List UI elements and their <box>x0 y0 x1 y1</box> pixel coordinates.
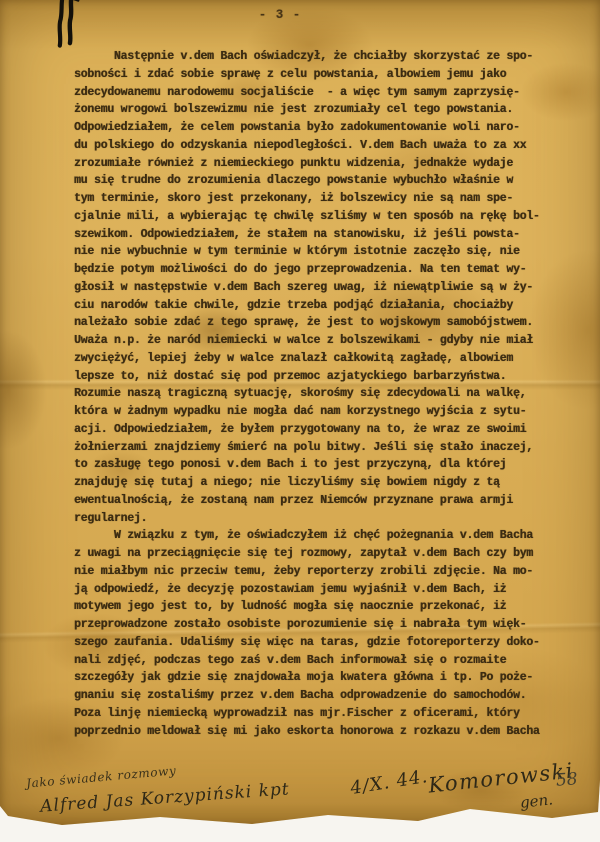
typed-line: motywem jego jest to, by ludność mogła s… <box>74 598 574 616</box>
typed-line: Następnie v.dem Bach oświadczył, że chci… <box>74 48 574 66</box>
typed-line: żonemu wrogowi bolszewizmu nie jest zroz… <box>74 101 574 119</box>
typed-line: Poza linję niemiecką wyprowadził nas mjr… <box>74 705 574 723</box>
typed-line: du polskiego do odzyskania niepodległośc… <box>74 137 574 155</box>
typed-line: cjalnie mili, a wybierając tę chwilę szl… <box>74 208 574 226</box>
typed-text-block: Następnie v.dem Bach oświadczył, że chci… <box>74 48 574 740</box>
typed-line: ewentualnością, że zostaną nam przez Nie… <box>74 492 574 510</box>
document-scan: - 3 - Następnie v.dem Bach oświadczył, ż… <box>0 0 600 842</box>
typed-line: regularnej. <box>74 510 574 528</box>
typed-line: zrozumiałe również z niemieckiego punktu… <box>74 155 574 173</box>
typed-line: nie nie wybuchnie w tym terminie w który… <box>74 243 574 261</box>
typed-line: mu się trudne do zrozumienia dlaczego po… <box>74 172 574 190</box>
typed-line: znajduję się tutaj a niego; nie liczyliś… <box>74 474 574 492</box>
typed-line: należało sobie zdać z tego sprawę, że je… <box>74 314 574 332</box>
typed-line: tym terminie, skoro jest przekonany, iż … <box>74 190 574 208</box>
typed-line: nali zdjęć, podczas tego zaś v.dem Bach … <box>74 652 574 670</box>
page-number: - 3 - <box>230 6 330 24</box>
typed-line: Rozumie naszą tragiczną sytuację, skoroś… <box>74 385 574 403</box>
handwritten-signature-rank: gen. <box>519 790 554 811</box>
typed-line: poprzednio meldował się mi jako eskorta … <box>74 723 574 741</box>
corner-ink-mark <box>54 0 83 51</box>
typed-line: Odpowiedziałem, że celem powstania było … <box>74 119 574 137</box>
typed-line: Uważa n.p. że naród niemiecki w walce z … <box>74 332 574 350</box>
typed-line: która w żadnym wypadku nie mogła dać nam… <box>74 403 574 421</box>
typed-line: żołnierzami znajdziemy śmierć na polu bi… <box>74 439 574 457</box>
typed-line: acji. Odpowiedziałem, że byłem przygotow… <box>74 421 574 439</box>
typed-line: szego zaufania. Udaliśmy się więc na tar… <box>74 634 574 652</box>
archive-number: 58 <box>555 769 578 790</box>
typed-line: to zasługę tego ponosi v.dem Bach i to j… <box>74 456 574 474</box>
typed-line: gnaniu się zostaliśmy przez v.dem Bacha … <box>74 687 574 705</box>
typed-line: ciu narodów takie chwile, gdzie trzeba p… <box>74 297 574 315</box>
typed-line: lepsze to, niż dostać się pod przemoc az… <box>74 368 574 386</box>
typed-line: szewikom. Odpowiedziałem, że stałem na s… <box>74 226 574 244</box>
typed-line: W związku z tym, że oświadczyłem iż chęć… <box>74 527 574 545</box>
typed-line: będzie potym możliwości do do jego przep… <box>74 261 574 279</box>
typed-line: z uwagi na przeciągnięcie się tej rozmow… <box>74 545 574 563</box>
typed-line: ją odpowiedź, że decyzję pozostawiam jem… <box>74 581 574 599</box>
typed-line: szczegóły jak gdzie się znajdowała moja … <box>74 669 574 687</box>
typed-line: nie miałbym nic przeciw temu, żeby repor… <box>74 563 574 581</box>
typed-line: głosił w następstwie v.dem Bach szereg u… <box>74 279 574 297</box>
typed-line: przeprowadzone zostało osobiste porozumi… <box>74 616 574 634</box>
typed-line: sobności i zdać sobie sprawę z celu pows… <box>74 66 574 84</box>
typed-line: zwyciężyć, lepiej żeby w walce znalazł c… <box>74 350 574 368</box>
typed-line: zdecydowanemu narodowemu socjaliście - a… <box>74 84 574 102</box>
